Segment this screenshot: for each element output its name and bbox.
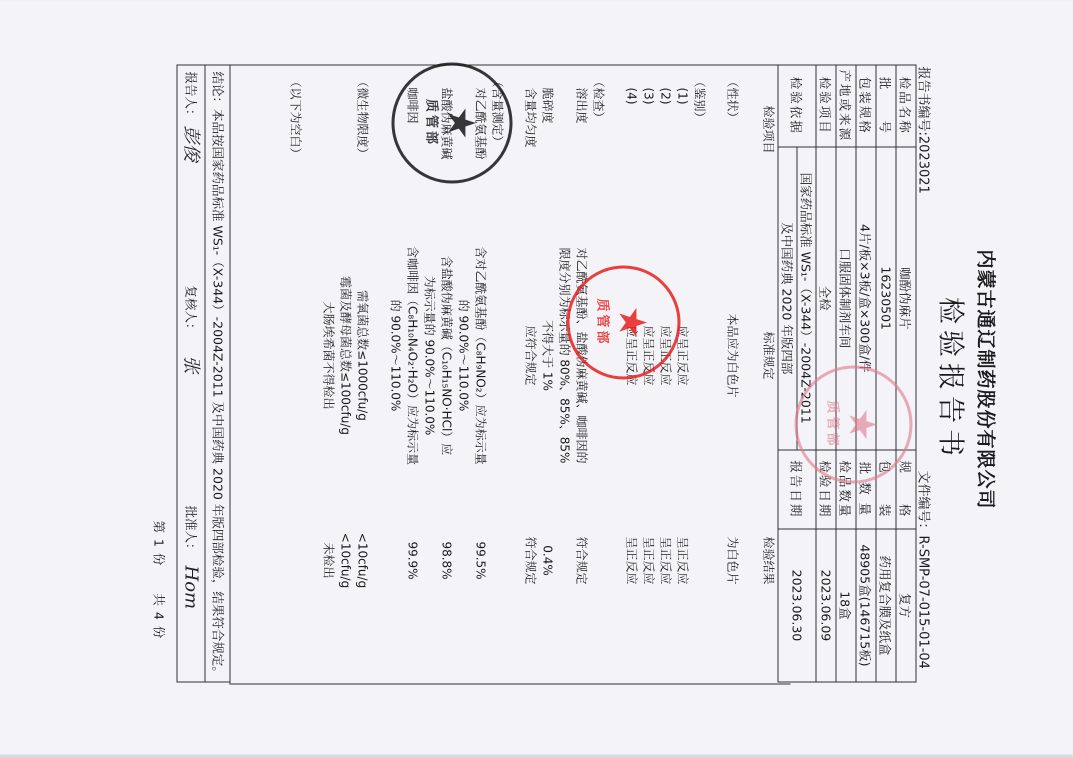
test-standard: 需氧菌总数≤1000cfu/g (355, 226, 371, 486)
test-standard: 含盐酸伪麻黄碱（C₁₀H₁₅NO·HCl）应 (439, 226, 455, 486)
test-row: (2)应呈正反应呈正反应 (658, 66, 674, 684)
test-row: 溶出度对乙酰氨基酚、盐酸伪麻黄碱、咖啡因的符合规定 (574, 66, 590, 684)
test-standard: 大肠埃希菌不得检出 (321, 226, 337, 486)
test-standard: 应呈正反应 (675, 226, 691, 486)
test-item: (1) (675, 76, 691, 226)
test-row: （以下为空白） (288, 66, 304, 684)
test-result: 呈正反应 (675, 486, 691, 636)
test-result: 符合规定 (574, 486, 590, 636)
company-name: 内蒙古通辽制药股份有限公司 (974, 1, 1001, 758)
test-standard: 限度分别为标示量的 80%、85%、85% (557, 226, 573, 486)
info-label: 批 号 (876, 65, 896, 147)
test-standard: 应符合规定 (523, 226, 539, 486)
test-result: 呈正反应 (641, 486, 657, 636)
info-label: 产地或来源 (836, 65, 856, 147)
info-value: 18盒 (836, 529, 856, 682)
test-row: 霉菌及酵母菌总数≤100cfu/g<10cfu/g (338, 66, 354, 684)
test-item: (4) (624, 76, 640, 226)
test-row: (1)应呈正反应呈正反应 (675, 66, 691, 684)
red-seal-stamp: ★ 质管部 (567, 266, 681, 380)
inspection-report-page: 内蒙古通辽制药股份有限公司 检验报告书 报告书编号:2023021 文件编号：R… (0, 1, 1073, 758)
test-result: 98.8% (439, 486, 455, 636)
black-seal-stamp: ★ 质管部 (392, 63, 513, 184)
star-icon: ★ (614, 305, 652, 339)
test-result: 为白色片 (725, 486, 741, 636)
test-item: （性状） (725, 76, 741, 226)
test-result: 呈正反应 (658, 486, 674, 636)
test-item: （鉴别） (692, 76, 708, 226)
test-result: <10cfu/g (355, 486, 371, 636)
column-headers: 检验项目 标准规定 检验结果 (761, 66, 777, 684)
test-standard: 的 90.0%～110.0% (388, 226, 404, 486)
test-row: （微生物限度）需氧菌总数≤1000cfu/g<10cfu/g (355, 66, 371, 684)
info-label: 包装规格 (856, 65, 876, 147)
page-count: 第 1 份 共 4 份 (151, 521, 169, 640)
test-results-section: 检验项目 标准规定 检验结果 （性状）本品应为白色片为白色片（鉴别） (1)应呈… (230, 65, 791, 685)
approver-signature: Hom (177, 566, 205, 610)
info-value: 48905盒(146715板) (856, 529, 876, 682)
test-result: 未检出 (321, 486, 337, 636)
reporter-label: 报告人： (177, 72, 205, 122)
test-result: 99.5% (473, 486, 489, 636)
info-value: 2023.06.09 (816, 529, 836, 682)
test-standard: 不得大于 1% (540, 226, 556, 486)
reporter-signature: 彭俊 (177, 126, 205, 162)
paper-edge (0, 755, 1073, 758)
test-item: 脆碎度 (540, 76, 556, 226)
test-row: 含量均匀度应符合规定符合规定 (523, 66, 539, 684)
file-number: 文件编号：R-SMP-07-015-01-04 (916, 471, 935, 669)
test-result: 0.4% (540, 486, 556, 636)
reviewer-label: 复核人： (177, 286, 205, 336)
test-standard: 为标示量的 90.0%～110.0% (422, 226, 438, 486)
test-standard: 含对乙酰氨基酚（C₈H₉NO₂）应为标示量 (473, 226, 489, 486)
test-item: （以下为空白） (288, 76, 304, 226)
reviewer-signature: 张 (177, 356, 205, 374)
approver-label: 批准人： (177, 506, 205, 556)
test-row: 大肠埃希菌不得检出未检出 (321, 66, 337, 684)
test-item: (2) (658, 76, 674, 226)
header-standard: 标准规定 (761, 226, 777, 486)
header-result: 检验结果 (761, 486, 777, 636)
document-title: 检验报告书 (934, 1, 973, 758)
info-label: 检品名称 (896, 65, 916, 147)
info-value: 复方 (896, 529, 916, 682)
test-item: (3) (641, 76, 657, 226)
star-icon: ★ (443, 106, 481, 140)
test-standard: 的 90.0%～110.0% (456, 226, 472, 486)
test-row: 限度分别为标示量的 80%、85%、85% (557, 66, 573, 684)
info-row: 检品名称咖酚伪麻片规 格复方 (896, 65, 916, 682)
info-value: 药用复合膜及纸盒 (876, 529, 896, 682)
basis-row: 检验依据国家药品标准 WS₁-（X-344）-2004Z-2011报告日期202… (797, 65, 816, 682)
test-row: 脆碎度不得大于 1%0.4% (540, 66, 556, 684)
test-item: 溶出度 (574, 76, 590, 226)
test-item: （检查） (591, 76, 607, 226)
test-standard: 本品应为白色片 (725, 226, 741, 486)
test-result: 99.9% (405, 486, 421, 636)
report-number: 报告书编号:2023021 (916, 67, 935, 194)
test-result: 呈正反应 (624, 486, 640, 636)
test-row: 的 90.0%～110.0% (388, 66, 404, 684)
test-item: （微生物限度） (355, 76, 371, 226)
test-standard: 霉菌及酵母菌总数≤100cfu/g (338, 226, 354, 486)
test-result: <10cfu/g (338, 486, 354, 636)
test-standard: 含咖啡因（C₈H₁₀N₄O₂·H₂O）应为标示量 (405, 226, 421, 486)
test-item: 含量均匀度 (523, 76, 539, 226)
pink-seal-stamp: ★ 质管部 (795, 366, 913, 484)
test-row: （鉴别） (692, 66, 708, 684)
star-icon: ★ (844, 407, 882, 441)
test-result: 符合规定 (523, 486, 539, 636)
conclusion: 结论：本品按国家药品标准 WS₁-（X-344）-2004Z-2011 及中国药… (205, 65, 231, 683)
test-row: （性状）本品应为白色片为白色片 (725, 66, 741, 684)
info-label: 检验项目 (816, 65, 836, 147)
signature-row: 报告人： 彭俊 复核人： 张 批准人： Hom (177, 65, 205, 683)
